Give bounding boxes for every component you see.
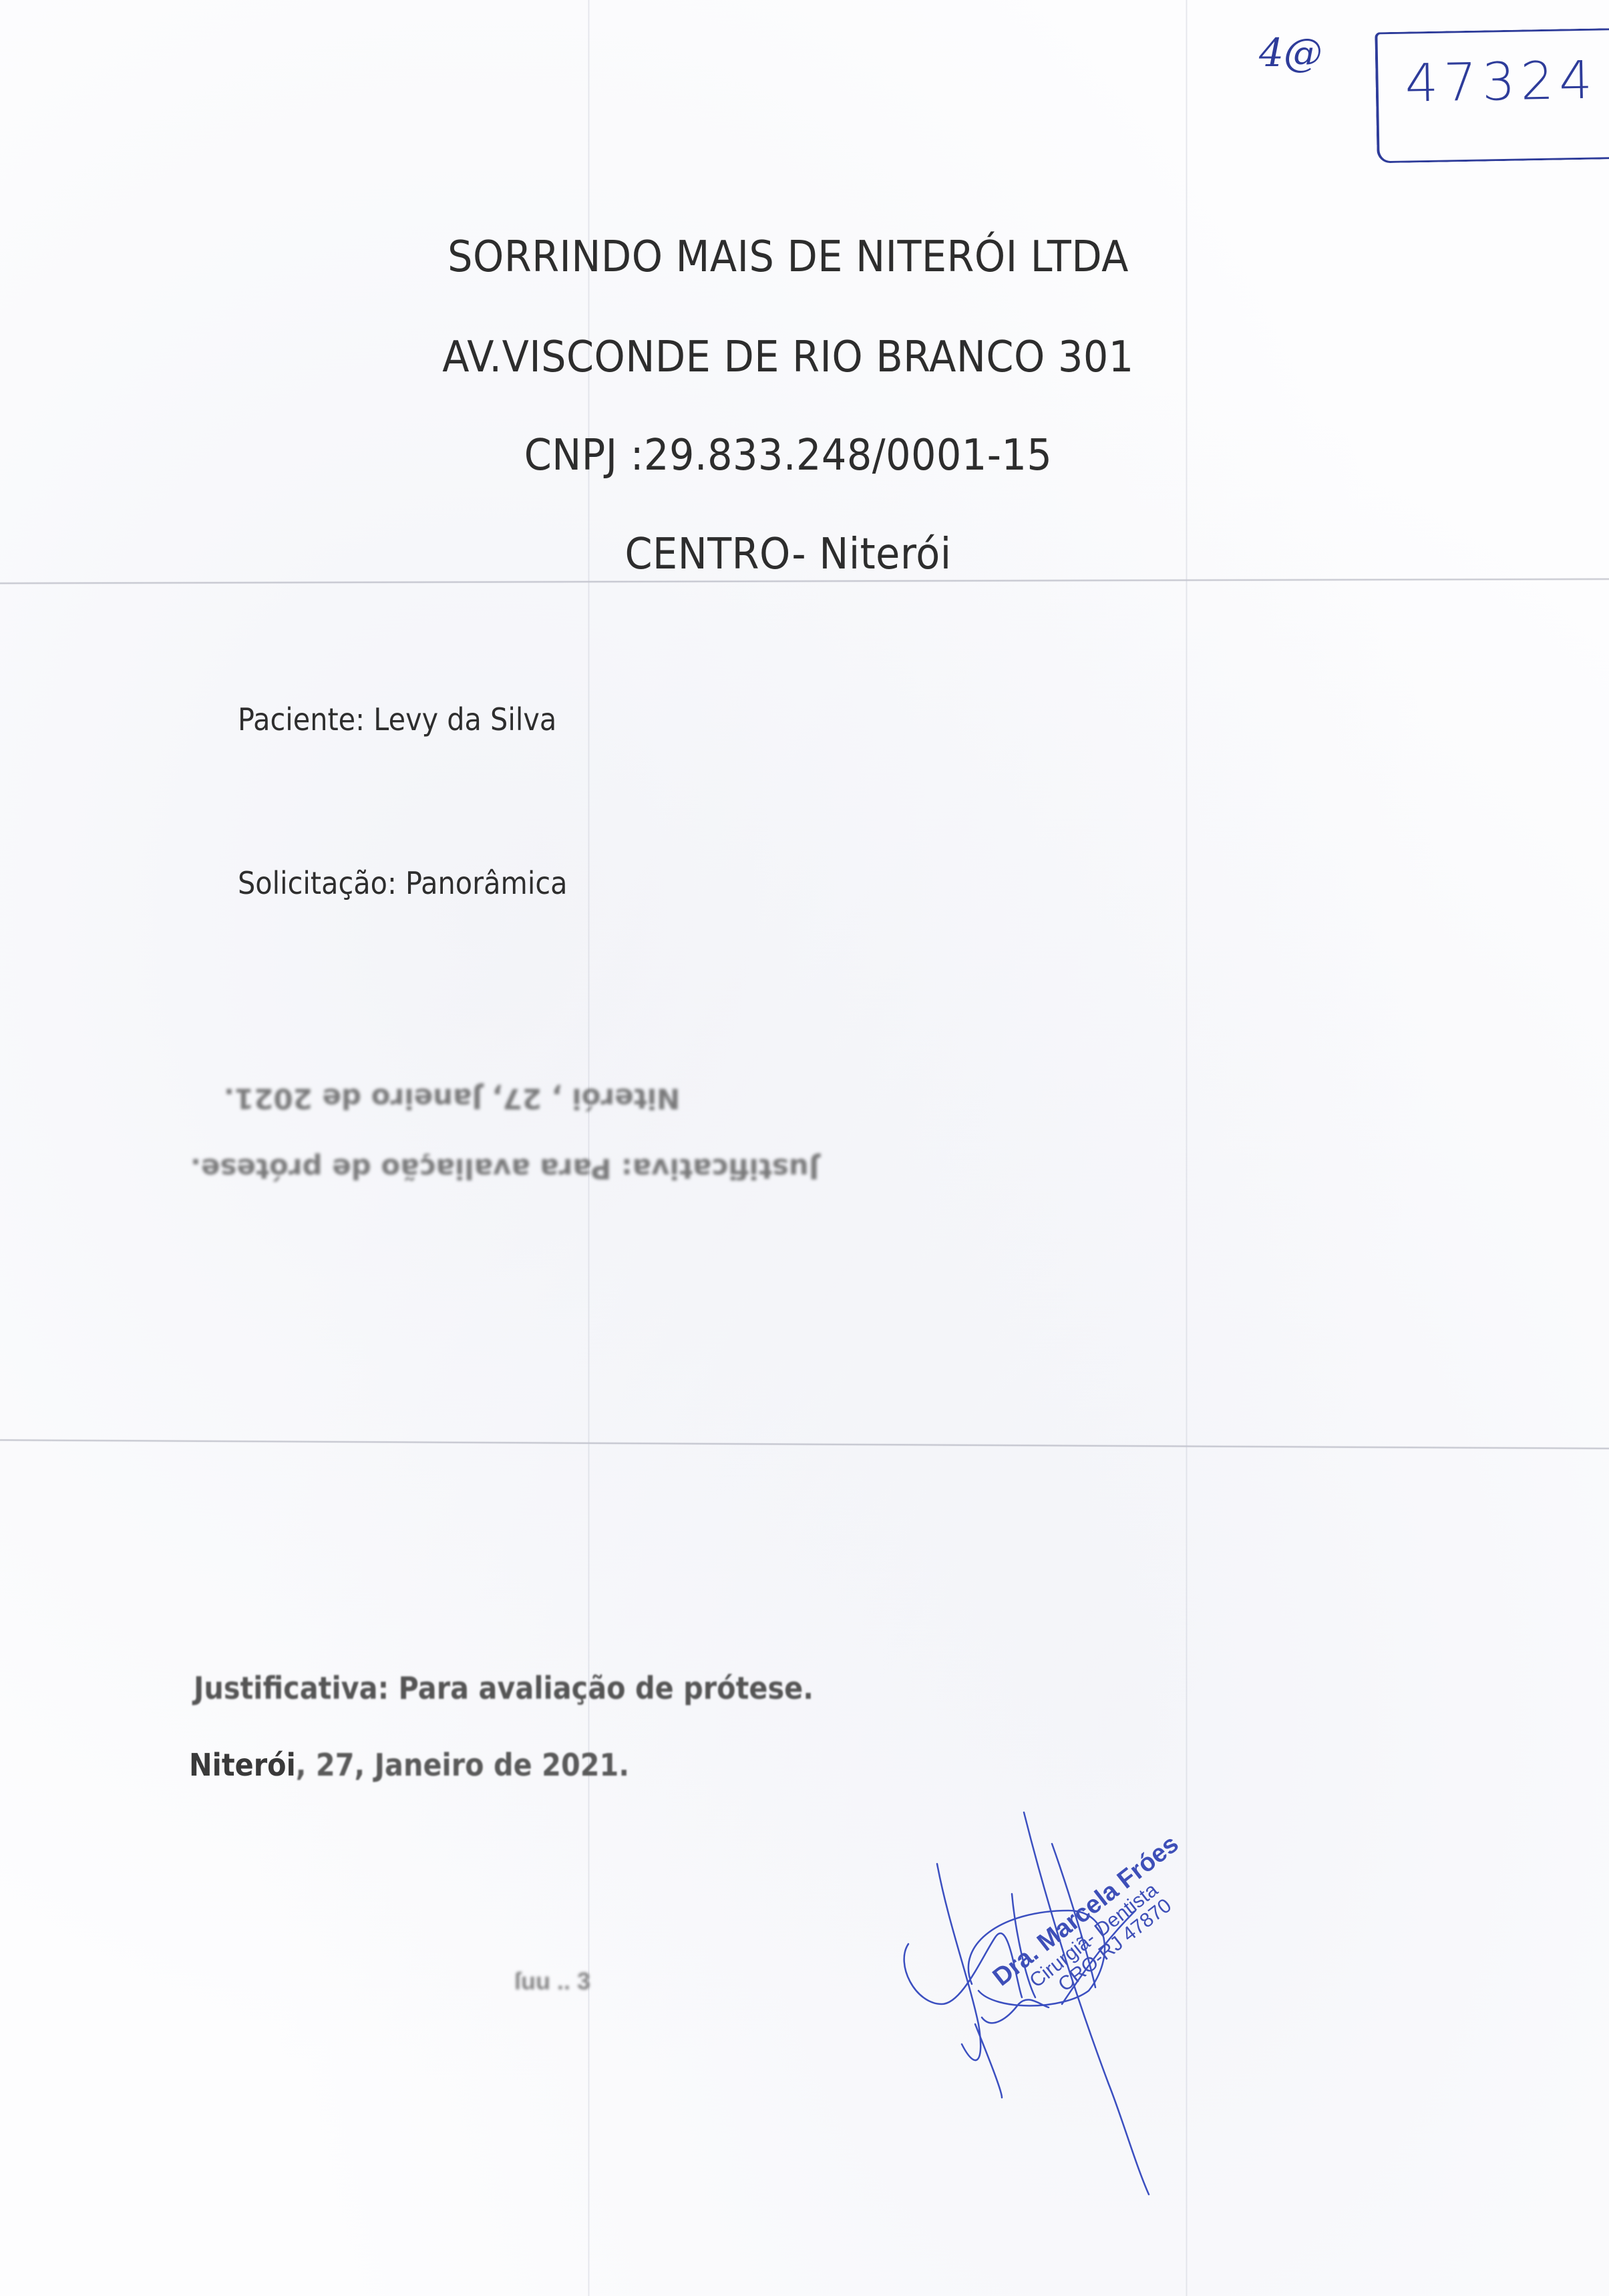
request-line: Solicitação: Panorâmica — [238, 865, 567, 901]
bleed-through-date: Niterói , 27, Janeiro de 2021. — [224, 1082, 680, 1115]
handwritten-annotation: 4@ — [1259, 30, 1322, 75]
company-cnpj: CNPJ :29.833.248/0001-15 — [63, 431, 1513, 480]
patient-label: Paciente: — [238, 701, 365, 737]
date-value: , 27, Janeiro de 2021. — [296, 1747, 629, 1783]
signature-icon — [868, 1804, 1302, 2238]
patient-line: Paciente: Levy da Silva — [238, 701, 556, 737]
justification-line: Justificativa: Para avaliação de prótese… — [194, 1670, 814, 1706]
handwritten-number-box: 47324 — [1375, 28, 1609, 164]
ink-smudge: ſuu .. 3 — [514, 1967, 590, 1995]
date-city: Niterói — [189, 1747, 296, 1783]
patient-name: Levy da Silva — [373, 701, 556, 737]
request-value: Panorâmica — [405, 865, 567, 901]
bleed-through-justification: Justificativa: Para avaliação de prótese… — [190, 1152, 819, 1185]
company-district: CENTRO- Niterói — [63, 530, 1513, 579]
company-name: SORRINDO MAIS DE NITERÓI LTDA — [63, 232, 1513, 282]
date-line: Niterói, 27, Janeiro de 2021. — [189, 1747, 629, 1783]
justification-value: Para avaliação de prótese. — [399, 1670, 814, 1706]
company-address: AV.VISCONDE DE RIO BRANCO 301 — [63, 333, 1513, 382]
request-label: Solicitação: — [238, 865, 397, 901]
handwritten-number: 47324 — [1405, 51, 1598, 114]
justification-label: Justificativa: — [194, 1670, 389, 1706]
